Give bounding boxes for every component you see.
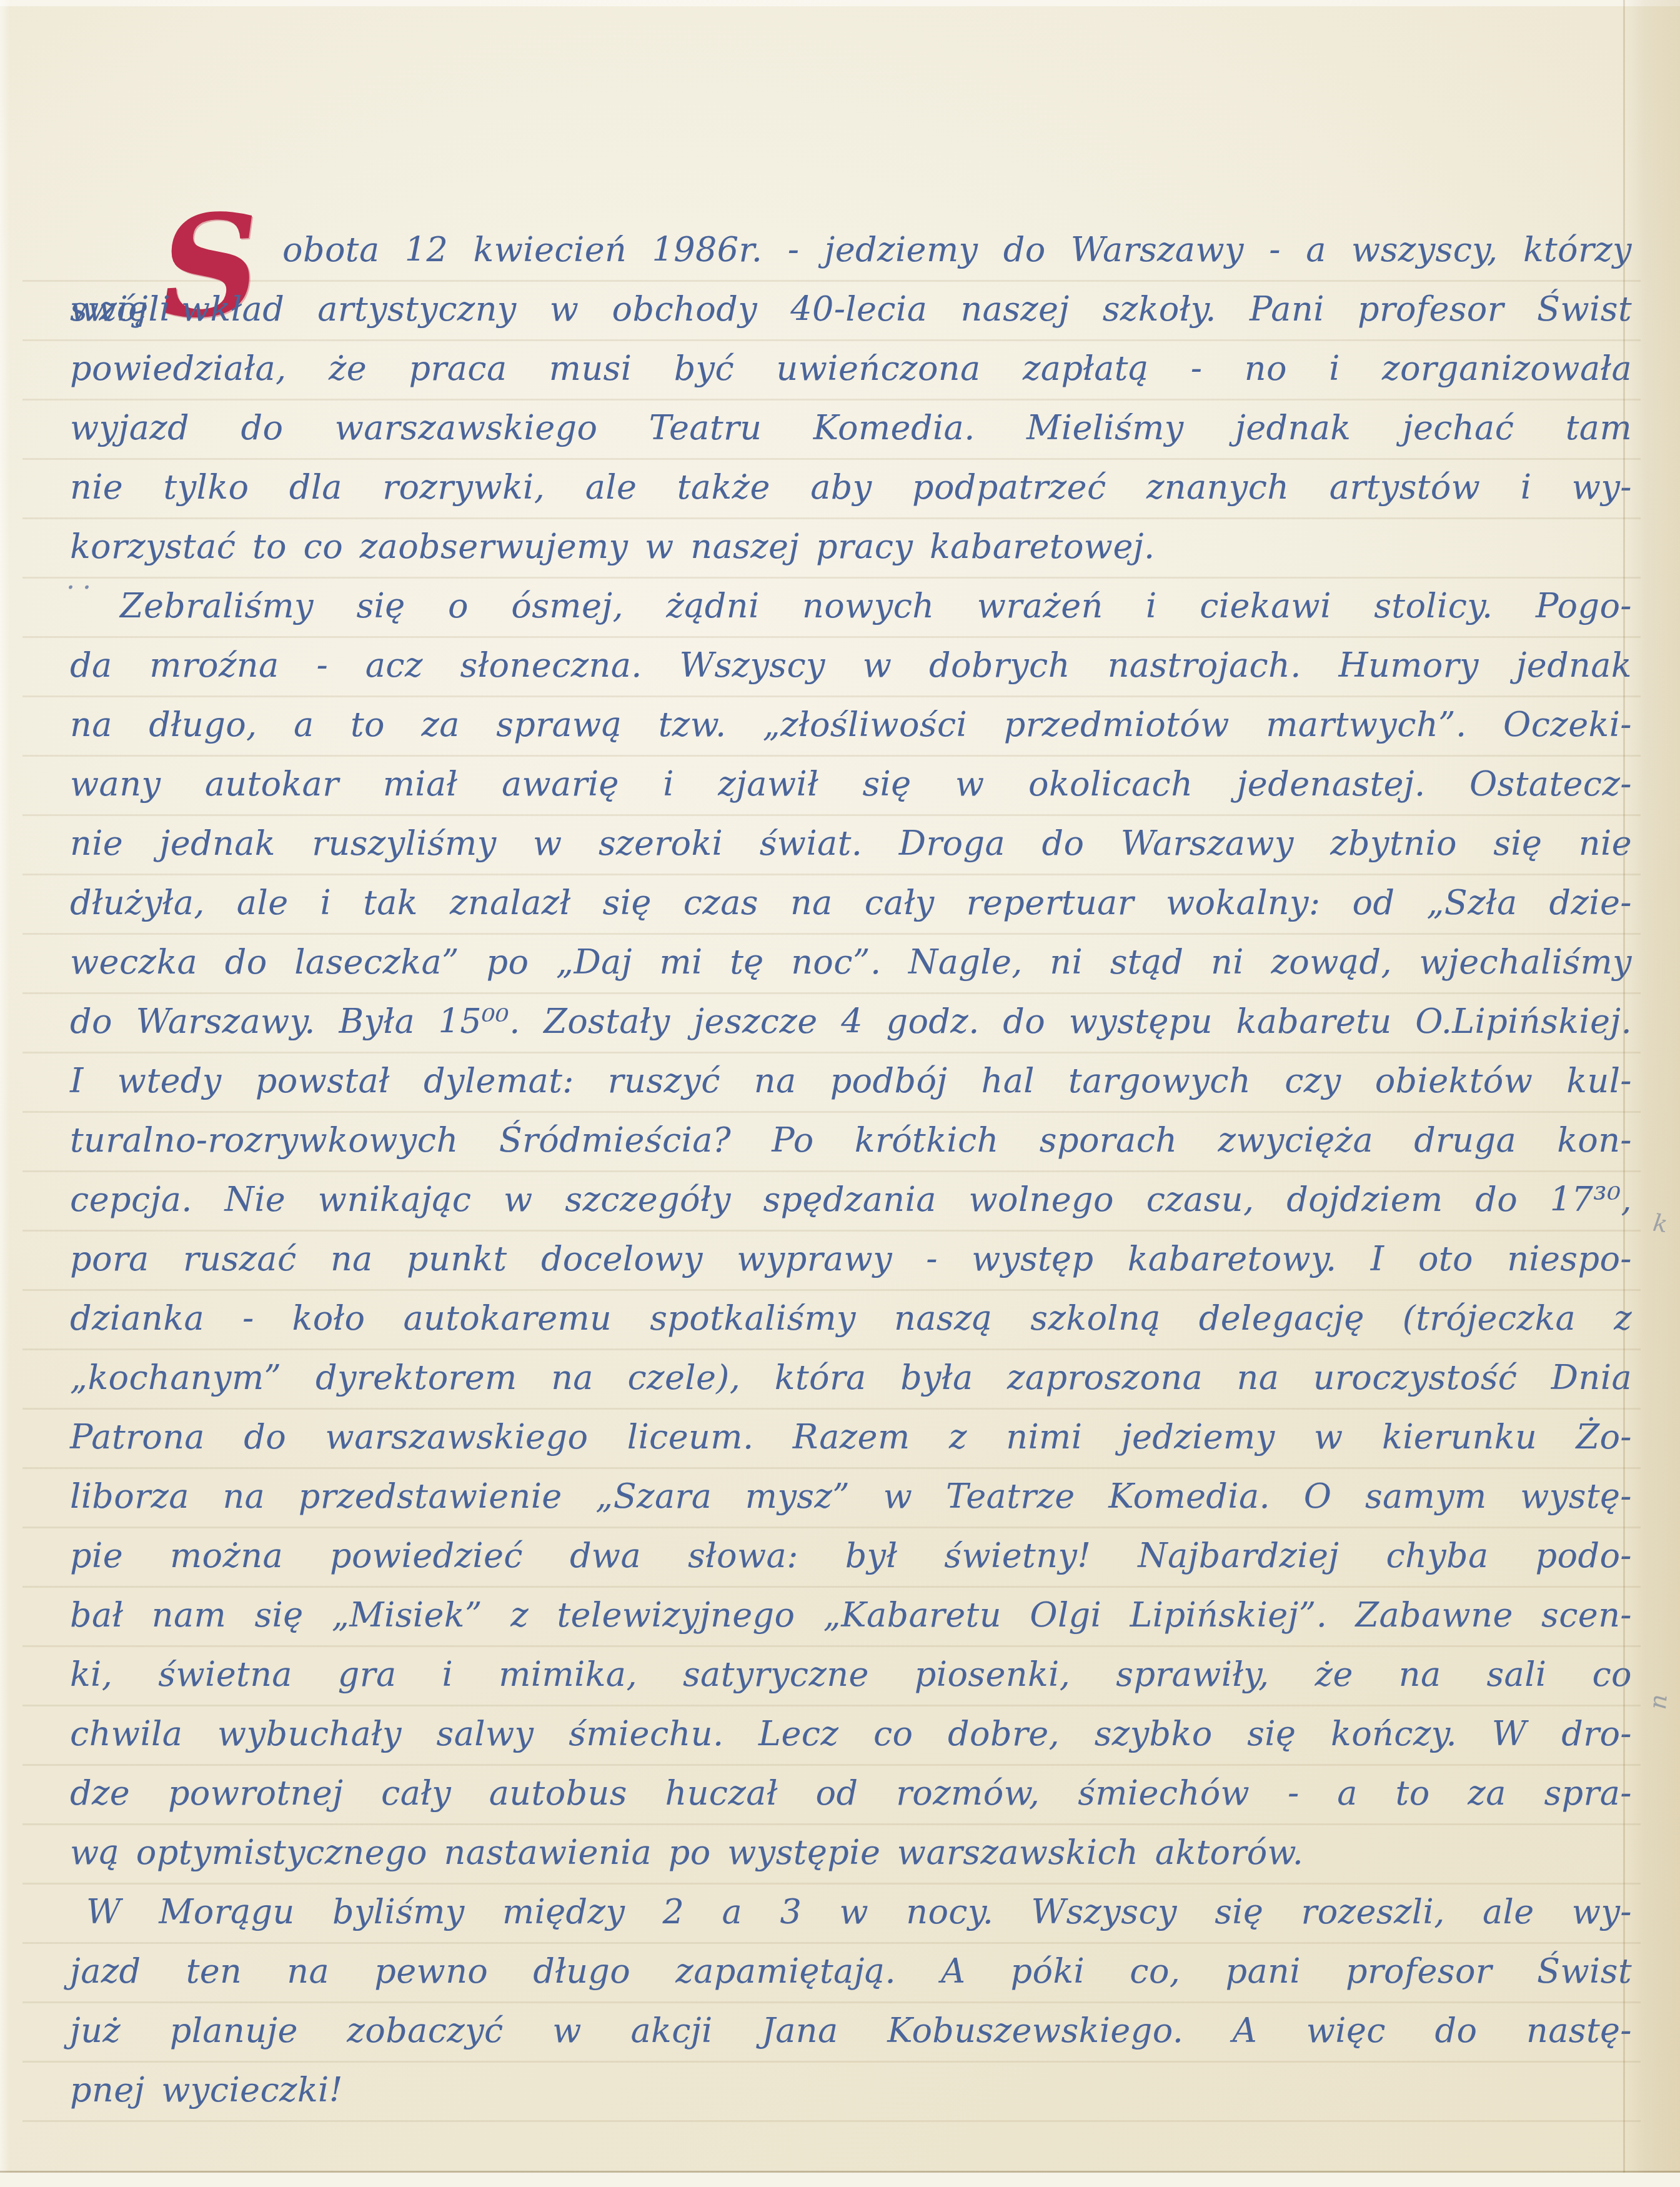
handwritten-line: jazd ten na pewno długo zapamiętają. A p… [70,1941,1632,2001]
handwritten-line: weczka do laseczka” po „Daj mi tę noc”. … [70,932,1632,992]
handwritten-line: na długo, a to za sprawą tzw. „złośliwoś… [70,695,1632,754]
handwritten-line: „kochanym” dyrektorem na czele), która b… [70,1348,1632,1407]
handwritten-line: liborza na przedstawienie „Szara mysz” w… [70,1467,1632,1526]
handwritten-line: turalno-rozrywkowych Śródmieścia? Po kró… [70,1110,1632,1170]
page-edge-top [0,0,1680,6]
journal-text: obota 12 kwiecień 1986r. - jedziemy do W… [70,220,1632,2120]
handwritten-line: nie tylko dla rozrywki, ale także aby po… [70,457,1632,517]
page-edge-shadow [0,2173,1680,2187]
handwritten-line: I wtedy powstał dylemat: ruszyć na podbó… [70,1051,1632,1110]
journal-page: S .. obota 12 kwiecień 1986r. - jedziemy… [0,0,1680,2187]
handwritten-line: już planuje zobaczyć w akcji Jana Kobusz… [70,2001,1632,2060]
handwritten-line: wyjazd do warszawskiego Teatru Komedia. … [70,398,1632,457]
handwritten-line: nie jednak ruszyliśmy w szeroki świat. D… [70,814,1632,873]
page-edge-right [1623,0,1680,2187]
handwritten-line: swój wkład artystyczny w obchody 40-leci… [70,279,1632,339]
handwritten-line: dze powrotnej cały autobus huczał od roz… [70,1763,1632,1823]
handwritten-line: pie można powiedzieć dwa słowa: był świe… [70,1526,1632,1585]
handwritten-line: Zebraliśmy się o ósmej, żądni nowych wra… [70,576,1632,635]
page-crease [1623,0,1625,2187]
handwritten-line: bał nam się „Misiek” z telewizyjnego „Ka… [70,1585,1632,1645]
page-edge-left [0,0,10,2187]
handwritten-line: da mroźna - acz słoneczna. Wszyscy w dob… [70,635,1632,695]
handwritten-line: wą optymistycznego nastawienia po występ… [70,1823,1632,1882]
handwritten-line: powiedziała, że praca musi być uwieńczon… [70,339,1632,398]
handwritten-line: obota 12 kwiecień 1986r. - jedziemy do W… [70,220,1632,279]
handwritten-line: ki, świetna gra i mimika, satyryczne pio… [70,1645,1632,1704]
handwritten-line: Patrona do warszawskiego liceum. Razem z… [70,1407,1632,1467]
handwritten-line: dłużyła, ale i tak znalazł się czas na c… [70,873,1632,932]
handwritten-line: wany autokar miał awarię i zjawił się w … [70,754,1632,814]
handwritten-line: pora ruszać na punkt docelowy wyprawy - … [70,1229,1632,1288]
handwritten-line: cepcja. Nie wnikając w szczegóły spędzan… [70,1170,1632,1229]
handwritten-line: do Warszawy. Była 15⁰⁰. Zostały jeszcze … [70,992,1632,1051]
handwritten-line: chwila wybuchały salwy śmiechu. Lecz co … [70,1704,1632,1763]
handwritten-line: pnej wycieczki! [70,2060,1632,2120]
handwritten-line: korzystać to co zaobserwujemy w naszej p… [70,517,1632,576]
handwritten-line: dzianka - koło autokaremu spotkaliśmy na… [70,1288,1632,1348]
handwritten-line: W Morągu byliśmy między 2 a 3 w nocy. Ws… [70,1882,1632,1941]
